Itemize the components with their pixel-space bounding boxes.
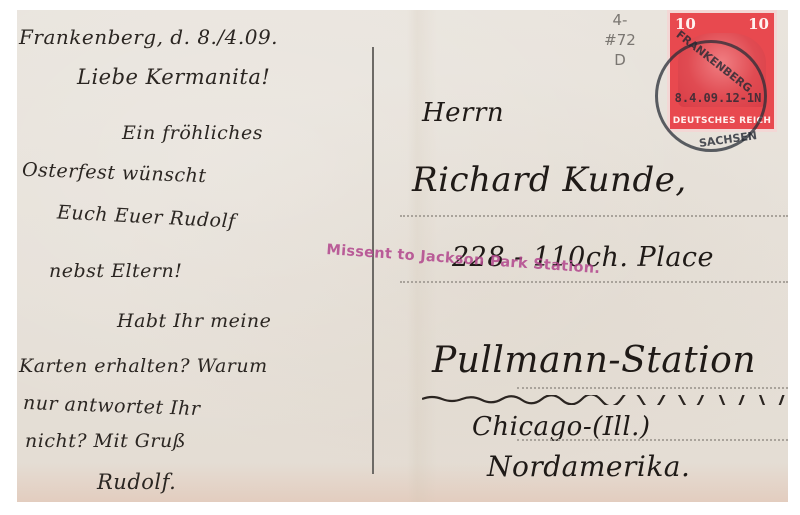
- postcard: Frankenberg, d. 8./4.09. Liebe Kermanita…: [17, 10, 788, 502]
- message-line-11: Rudolf.: [97, 470, 176, 494]
- message-line-5: Euch Euer Rudolf: [57, 201, 237, 232]
- message-line-2: Liebe Kermanita!: [77, 65, 270, 89]
- address-city: Chicago-(Ill.): [472, 412, 651, 442]
- address-line-2: [400, 281, 788, 283]
- address-name: Richard Kunde,: [412, 160, 687, 200]
- message-line-3: Ein fröhliches: [122, 122, 263, 144]
- message-line-6: nebst Eltern!: [49, 260, 182, 282]
- message-line-9: nur antwortet Ihr: [23, 392, 201, 420]
- pencil-note-line: #72: [600, 30, 640, 50]
- message-line-4: Osterfest wünscht: [22, 159, 207, 187]
- message-line-7: Habt Ihr meine: [117, 310, 271, 332]
- address-line-1: [400, 215, 788, 217]
- message-line-8: Karten erhalten? Warum: [19, 355, 268, 377]
- address-salutation: Herrn: [422, 98, 504, 128]
- pencil-note-line: 4-: [600, 10, 640, 30]
- pencil-note: 4- #72 D: [600, 10, 640, 70]
- address-country: Nordamerika.: [487, 450, 690, 483]
- stamp-value-right: 10: [748, 15, 769, 33]
- postmark-state: SACHSEN: [687, 127, 768, 151]
- address-station: Pullmann-Station: [432, 340, 756, 381]
- postmark-date: 8.4.09.12-1N: [668, 91, 768, 105]
- address-line-3: [517, 387, 788, 389]
- address-line-4: [517, 439, 788, 441]
- pencil-note-line: D: [600, 50, 640, 70]
- message-line-1: Frankenberg, d. 8./4.09.: [19, 25, 278, 49]
- postmark: FRANKENBERG 8.4.09.12-1N SACHSEN: [655, 40, 767, 152]
- underline-flourish: [422, 395, 788, 405]
- message-line-10: nicht? Mit Gruß: [25, 430, 186, 452]
